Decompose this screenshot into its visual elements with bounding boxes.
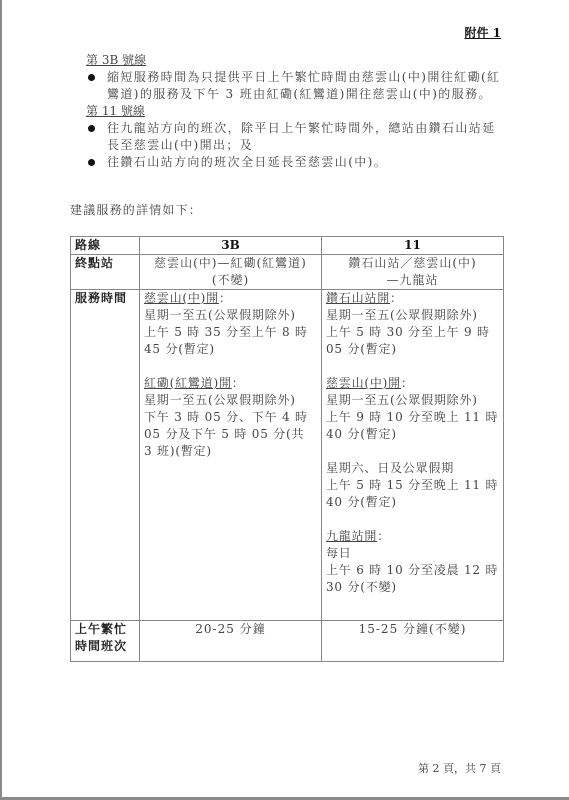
- schedule-times: 上午 5 時 35 分至上午 8 時 45 分(暫定): [144, 324, 317, 358]
- service-hours-11: 鑽石山站開： 星期一至五(公眾假期除外) 上午 5 時 30 分至上午 9 時 …: [322, 290, 504, 621]
- row-label: 上午繁忙時間班次: [71, 621, 140, 662]
- row-label: 服務時間: [71, 290, 140, 621]
- colon: ：: [390, 291, 403, 305]
- schedule-block: 慈雲山(中)開： 星期一至五(公眾假期除外) 上午 5 時 35 分至上午 8 …: [144, 290, 317, 358]
- service-details-table: 路線 3B 11 終點站 慈雲山(中)—紅磡(紅鸞道) (不變) 鑽石山站／慈雲…: [70, 236, 504, 662]
- table-row-peak-headway: 上午繁忙時間班次 20-25 分鐘 15-25 分鐘(不變): [71, 621, 504, 662]
- colon: ：: [401, 376, 414, 390]
- origin-label: 慈雲山(中)開: [326, 376, 401, 390]
- schedule-block: 紅磡(紅鸞道)開： 星期一至五(公眾假期除外) 下午 3 時 05 分、下午 4…: [144, 375, 317, 460]
- section-route-11: 第 11 號線 往九龍站方向的班次，除平日上午繁忙時間外，總站由鑽石山站延長至慈…: [86, 103, 506, 171]
- schedule-times: 下午 3 時 05 分、下午 4 時 05 分及下午 5 時 05 分(共 3 …: [144, 409, 317, 460]
- column-header-11: 11: [322, 237, 504, 255]
- terminus-3b: 慈雲山(中)—紅磡(紅鸞道) (不變): [140, 255, 322, 290]
- origin-label: 鑽石山站開: [326, 291, 390, 305]
- section-route-3b: 第 3B 號線 縮短服務時間為只提供平日上午繁忙時間由慈雲山(中)開往紅磡(紅鸞…: [86, 52, 506, 103]
- table-row-route: 路線 3B 11: [71, 237, 504, 255]
- section-title: 第 3B 號線: [86, 52, 506, 69]
- origin-label: 慈雲山(中)開: [144, 291, 219, 305]
- schedule-times: 上午 5 時 15 分至晚上 11 時 40 分(暫定): [326, 477, 499, 511]
- annex-label: 附件 1: [464, 24, 501, 41]
- table-row-terminus: 終點站 慈雲山(中)—紅磡(紅鸞道) (不變) 鑽石山站／慈雲山(中) —九龍站: [71, 255, 504, 290]
- row-label: 終點站: [71, 255, 140, 290]
- bullet-item: 往九龍站方向的班次，除平日上午繁忙時間外，總站由鑽石山站延長至慈雲山(中)開出；…: [86, 120, 506, 154]
- terminus-text: —九龍站: [326, 272, 499, 289]
- intro-text: 建議服務的詳情如下：: [70, 201, 202, 218]
- terminus-note: (不變): [144, 272, 317, 289]
- schedule-times: 上午 6 時 10 分至凌晨 12 時 30 分(不變): [326, 562, 499, 596]
- schedule-block: 慈雲山(中)開： 星期一至五(公眾假期除外) 上午 9 時 10 分至晚上 11…: [326, 375, 499, 443]
- row-label: 路線: [71, 237, 140, 255]
- schedule-times: 上午 9 時 10 分至晚上 11 時 40 分(暫定): [326, 409, 499, 443]
- schedule-days: 星期一至五(公眾假期除外): [144, 307, 317, 324]
- schedule-block: 鑽石山站開： 星期一至五(公眾假期除外) 上午 5 時 30 分至上午 9 時 …: [326, 290, 499, 358]
- schedule-days: 星期一至五(公眾假期除外): [326, 307, 499, 324]
- table-row-service-hours: 服務時間 慈雲山(中)開： 星期一至五(公眾假期除外) 上午 5 時 35 分至…: [71, 290, 504, 621]
- terminus-text: 慈雲山(中)—紅磡(紅鸞道): [144, 255, 317, 272]
- peak-headway-3b: 20-25 分鐘: [140, 621, 322, 662]
- service-hours-3b: 慈雲山(中)開： 星期一至五(公眾假期除外) 上午 5 時 35 分至上午 8 …: [140, 290, 322, 621]
- bullet-item: 縮短服務時間為只提供平日上午繁忙時間由慈雲山(中)開往紅磡(紅鸞道)的服務及下午…: [86, 69, 506, 103]
- column-header-3b: 3B: [140, 237, 322, 255]
- terminus-11: 鑽石山站／慈雲山(中) —九龍站: [322, 255, 504, 290]
- bullet-item: 往鑽石山站方向的班次全日延長至慈雲山(中)。: [86, 154, 506, 171]
- schedule-days: 星期一至五(公眾假期除外): [326, 392, 499, 409]
- schedule-days: 每日: [326, 545, 499, 562]
- colon: ：: [219, 291, 232, 305]
- colon: ：: [232, 376, 245, 390]
- schedule-times: 上午 5 時 30 分至上午 9 時 05 分(暫定): [326, 324, 499, 358]
- schedule-days: 星期一至五(公眾假期除外): [144, 392, 317, 409]
- schedule-block: 九龍站開： 每日 上午 6 時 10 分至凌晨 12 時 30 分(不變): [326, 528, 499, 596]
- peak-headway-11: 15-25 分鐘(不變): [322, 621, 504, 662]
- terminus-text: 鑽石山站／慈雲山(中): [326, 255, 499, 272]
- origin-label: 紅磡(紅鸞道)開: [144, 376, 232, 390]
- colon: ：: [377, 529, 390, 543]
- schedule-block: 星期六、日及公眾假期 上午 5 時 15 分至晚上 11 時 40 分(暫定): [326, 460, 499, 511]
- section-title: 第 11 號線: [86, 103, 506, 120]
- page-number: 第 2 頁，共 7 頁: [418, 760, 501, 776]
- origin-label: 九龍站開: [326, 529, 377, 543]
- schedule-days: 星期六、日及公眾假期: [326, 460, 499, 477]
